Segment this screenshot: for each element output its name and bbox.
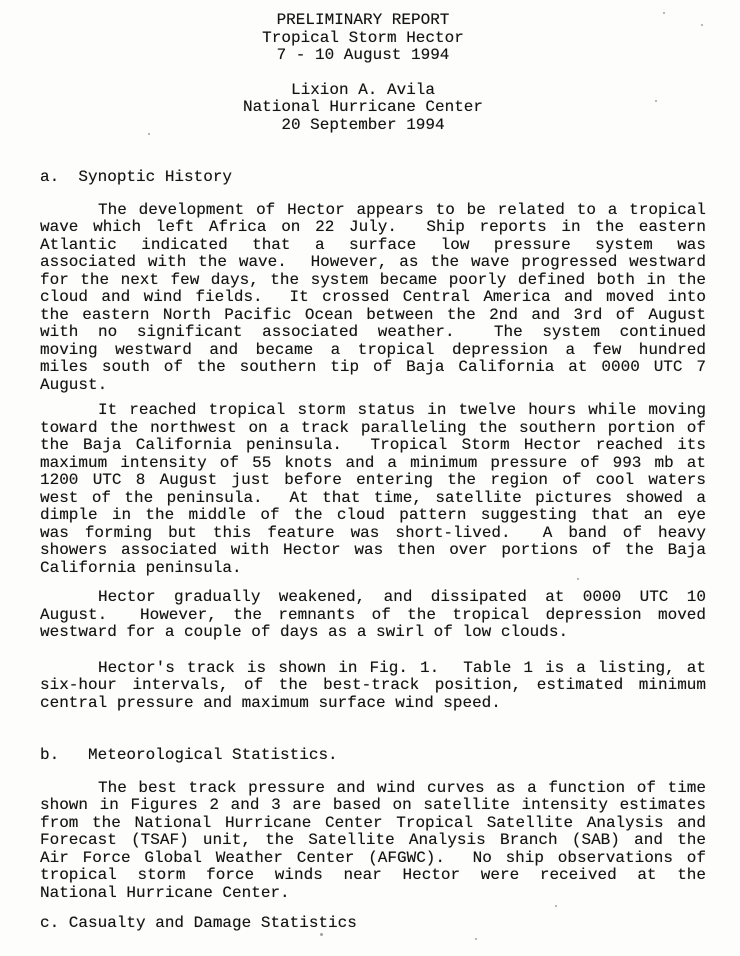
text-line: Forecast (TSAF) unit, the Satellite Anal…	[40, 832, 706, 850]
text-line: It reached tropical storm status in twel…	[40, 402, 706, 420]
text-line: Atlantic indicated that a surface low pr…	[40, 237, 706, 255]
scan-speck	[655, 100, 657, 102]
report-title-block: PRELIMINARY REPORT Tropical Storm Hector…	[40, 12, 706, 65]
scanned-report-page: PRELIMINARY REPORT Tropical Storm Hector…	[0, 0, 740, 956]
text-line: the Baja California peninsula. Tropical …	[40, 437, 706, 455]
text-line: The development of Hector appears to be …	[40, 202, 706, 220]
text-line: with no significant associated weather. …	[40, 324, 706, 342]
author-name: Lixion A. Avila	[40, 82, 686, 100]
paragraph-synoptic-2: It reached tropical storm status in twel…	[40, 402, 706, 577]
text-line: wave which left Africa on 22 July. Ship …	[40, 219, 706, 237]
text-line: maximum intensity of 55 knots and a mini…	[40, 455, 706, 473]
text-line: cloud and wind fields. It crossed Centra…	[40, 289, 706, 307]
text-line: was forming but this feature was short-l…	[40, 525, 706, 543]
text-line: showers associated with Hector was then …	[40, 542, 706, 560]
paragraph-synoptic-4: Hector's track is shown in Fig. 1. Table…	[40, 660, 706, 713]
storm-name: Tropical Storm Hector	[40, 30, 686, 48]
text-line: shown in Figures 2 and 3 are based on sa…	[40, 797, 706, 815]
scan-speck	[555, 905, 557, 907]
text-line: August. However, the remnants of the tro…	[40, 607, 706, 625]
text-line: associated with the wave. However, as th…	[40, 254, 706, 272]
report-date: 20 September 1994	[40, 117, 686, 135]
text-line: from the National Hurricane Center Tropi…	[40, 815, 706, 833]
text-line: central pressure and maximum surface win…	[40, 695, 706, 713]
text-line: Air Force Global Weather Center (AFGWC).…	[40, 850, 706, 868]
text-column: PRELIMINARY REPORT Tropical Storm Hector…	[40, 0, 706, 933]
paragraph-meteorological-1: The best track pressure and wind curves …	[40, 780, 706, 903]
report-type: PRELIMINARY REPORT	[40, 12, 686, 30]
text-line: for the next few days, the system became…	[40, 272, 706, 290]
text-line: west of the peninsula. At that time, sat…	[40, 490, 706, 508]
text-line: toward the northwest on a track parallel…	[40, 420, 706, 438]
text-line: National Hurricane Center.	[40, 885, 706, 903]
text-line: moving westward and became a tropical de…	[40, 342, 706, 360]
paragraph-synoptic-1: The development of Hector appears to be …	[40, 202, 706, 395]
scan-speck	[475, 938, 477, 940]
storm-dates: 7 - 10 August 1994	[40, 47, 686, 65]
scan-speck	[388, 430, 390, 432]
scan-speck	[663, 12, 665, 14]
byline-block: Lixion A. Avila National Hurricane Cente…	[40, 82, 706, 135]
text-line: 1200 UTC 8 August just before entering t…	[40, 472, 706, 490]
section-c-heading: c. Casualty and Damage Statistics	[40, 915, 706, 933]
text-line: tropical storm force winds near Hector w…	[40, 867, 706, 885]
scan-speck	[577, 578, 579, 580]
text-line: The best track pressure and wind curves …	[40, 780, 706, 798]
text-line: Hector's track is shown in Fig. 1. Table…	[40, 660, 706, 678]
scan-speck	[148, 133, 150, 135]
author-org: National Hurricane Center	[40, 99, 686, 117]
section-a-heading: a. Synoptic History	[40, 169, 706, 187]
text-line: dimple in the middle of the cloud patter…	[40, 507, 706, 525]
text-line: the eastern North Pacific Ocean between …	[40, 307, 706, 325]
scan-speck	[701, 24, 703, 26]
section-b-heading: b. Meteorological Statistics.	[40, 747, 706, 765]
text-line: miles south of the southern tip of Baja …	[40, 359, 706, 377]
text-line: Hector gradually weakened, and dissipate…	[40, 589, 706, 607]
paragraph-synoptic-3: Hector gradually weakened, and dissipate…	[40, 589, 706, 642]
text-line: westward for a couple of days as a swirl…	[40, 624, 706, 642]
scan-speck	[320, 933, 323, 936]
text-line: six-hour intervals, of the best-track po…	[40, 677, 706, 695]
text-line: August.	[40, 377, 706, 395]
text-line: California peninsula.	[40, 560, 706, 578]
